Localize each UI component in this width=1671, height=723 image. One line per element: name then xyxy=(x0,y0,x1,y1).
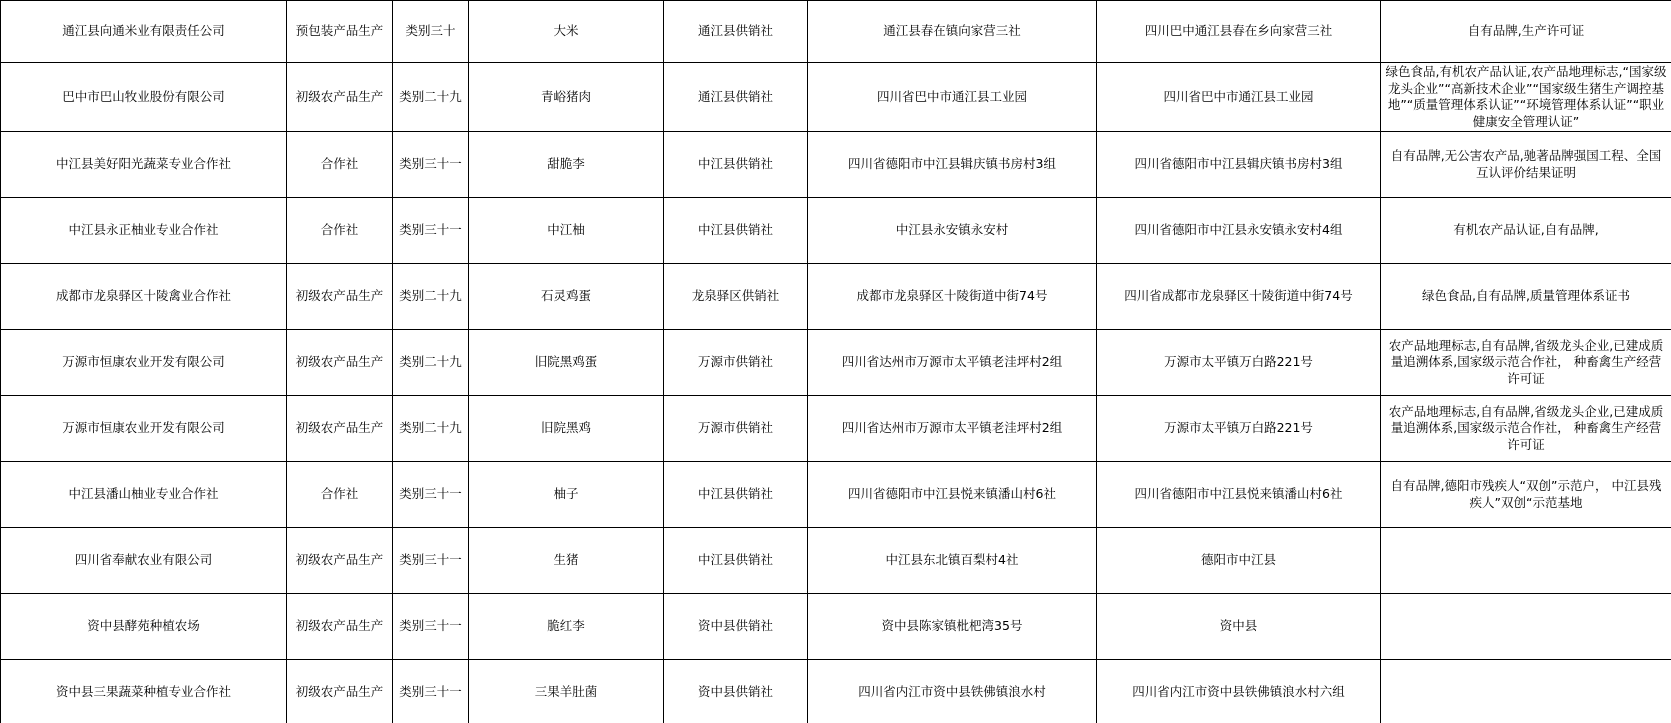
cell-remarks-certifications: 农产品地理标志,自有品牌,省级龙头企业,已建成质量追溯体系,国家级示范合作社， … xyxy=(1381,330,1671,396)
cell-production-type: 初级农产品生产 xyxy=(287,594,393,660)
cell-product-name: 石灵鸡蛋 xyxy=(469,264,664,330)
document-page: 通江县向通米业有限责任公司 预包装产品生产 类别三十 大米 通江县供销社 通江县… xyxy=(0,0,1671,723)
cell-production-type: 初级农产品生产 xyxy=(287,528,393,594)
cell-product-name: 柚子 xyxy=(469,462,664,528)
cell-address-secondary: 万源市太平镇万白路221号 xyxy=(1097,396,1381,462)
cell-category: 类别二十九 xyxy=(393,63,469,132)
cell-company-name: 中江县永正柚业专业合作社 xyxy=(1,198,287,264)
cell-remarks-certifications: 自有品牌,德阳市残疾人“双创”示范户， 中江县残疾人”双创“示范基地 xyxy=(1381,462,1671,528)
cell-remarks-certifications xyxy=(1381,528,1671,594)
cell-production-type: 合作社 xyxy=(287,462,393,528)
cell-address-secondary: 德阳市中江县 xyxy=(1097,528,1381,594)
table-row: 资中县酵苑种植农场 初级农产品生产 类别三十一 脆红李 资中县供销社 资中县陈家… xyxy=(1,594,1671,660)
cell-address-secondary: 四川省德阳市中江县永安镇永安村4组 xyxy=(1097,198,1381,264)
table-row: 资中县三果蔬菜种植专业合作社 初级农产品生产 类别三十一 三果羊肚菌 资中县供销… xyxy=(1,660,1671,723)
cell-remarks-certifications xyxy=(1381,594,1671,660)
cell-remarks-certifications: 自有品牌,无公害农产品,驰著品牌强国工程、全国互认评价结果证明 xyxy=(1381,132,1671,198)
cell-supply-cooperative: 中江县供销社 xyxy=(664,462,808,528)
cell-company-name: 中江县潘山柚业专业合作社 xyxy=(1,462,287,528)
cell-category: 类别三十一 xyxy=(393,198,469,264)
cell-product-name: 三果羊肚菌 xyxy=(469,660,664,723)
table-row: 成都市龙泉驿区十陵禽业合作社 初级农产品生产 类别二十九 石灵鸡蛋 龙泉驿区供销… xyxy=(1,264,1671,330)
cell-production-type: 初级农产品生产 xyxy=(287,396,393,462)
cell-remarks-certifications: 绿色食品,有机农产品认证,农产品地理标志,“国家级龙头企业”“高新技术企业”“国… xyxy=(1381,63,1671,132)
cell-production-type: 初级农产品生产 xyxy=(287,330,393,396)
table-row: 万源市恒康农业开发有限公司 初级农产品生产 类别二十九 旧院黑鸡 万源市供销社 … xyxy=(1,396,1671,462)
cell-supply-cooperative: 中江县供销社 xyxy=(664,198,808,264)
producer-registry-table: 通江县向通米业有限责任公司 预包装产品生产 类别三十 大米 通江县供销社 通江县… xyxy=(0,0,1671,723)
cell-supply-cooperative: 通江县供销社 xyxy=(664,1,808,63)
cell-company-name: 万源市恒康农业开发有限公司 xyxy=(1,330,287,396)
cell-address-secondary: 四川省内江市资中县铁佛镇浪水村六组 xyxy=(1097,660,1381,723)
cell-remarks-certifications: 农产品地理标志,自有品牌,省级龙头企业,已建成质量追溯体系,国家级示范合作社， … xyxy=(1381,396,1671,462)
cell-address-primary: 四川省巴中市通江县工业园 xyxy=(808,63,1097,132)
table-row: 中江县永正柚业专业合作社 合作社 类别三十一 中江柚 中江县供销社 中江县永安镇… xyxy=(1,198,1671,264)
cell-company-name: 万源市恒康农业开发有限公司 xyxy=(1,396,287,462)
table-row: 巴中市巴山牧业股份有限公司 初级农产品生产 类别二十九 青峪猪肉 通江县供销社 … xyxy=(1,63,1671,132)
cell-address-primary: 四川省达州市万源市太平镇老洼坪村2组 xyxy=(808,330,1097,396)
table-body: 通江县向通米业有限责任公司 预包装产品生产 类别三十 大米 通江县供销社 通江县… xyxy=(1,1,1671,723)
cell-remarks-certifications: 绿色食品,自有品牌,质量管理体系证书 xyxy=(1381,264,1671,330)
cell-product-name: 中江柚 xyxy=(469,198,664,264)
cell-production-type: 预包装产品生产 xyxy=(287,1,393,63)
cell-product-name: 生猪 xyxy=(469,528,664,594)
cell-address-secondary: 万源市太平镇万白路221号 xyxy=(1097,330,1381,396)
cell-category: 类别二十九 xyxy=(393,264,469,330)
cell-remarks-certifications xyxy=(1381,660,1671,723)
cell-category: 类别三十一 xyxy=(393,594,469,660)
cell-address-secondary: 四川省德阳市中江县辑庆镇书房村3组 xyxy=(1097,132,1381,198)
cell-category: 类别三十一 xyxy=(393,462,469,528)
cell-remarks-certifications: 有机农产品认证,自有品牌, xyxy=(1381,198,1671,264)
table-row: 四川省奉献农业有限公司 初级农产品生产 类别三十一 生猪 中江县供销社 中江县东… xyxy=(1,528,1671,594)
cell-supply-cooperative: 万源市供销社 xyxy=(664,396,808,462)
cell-address-primary: 四川省德阳市中江县悦来镇潘山村6社 xyxy=(808,462,1097,528)
cell-supply-cooperative: 万源市供销社 xyxy=(664,330,808,396)
cell-supply-cooperative: 资中县供销社 xyxy=(664,660,808,723)
cell-remarks-certifications: 自有品牌,生产许可证 xyxy=(1381,1,1671,63)
cell-address-primary: 资中县陈家镇枇杷湾35号 xyxy=(808,594,1097,660)
cell-product-name: 旧院黑鸡 xyxy=(469,396,664,462)
cell-production-type: 初级农产品生产 xyxy=(287,63,393,132)
table-row: 中江县潘山柚业专业合作社 合作社 类别三十一 柚子 中江县供销社 四川省德阳市中… xyxy=(1,462,1671,528)
table-row: 通江县向通米业有限责任公司 预包装产品生产 类别三十 大米 通江县供销社 通江县… xyxy=(1,1,1671,63)
cell-address-secondary: 四川省德阳市中江县悦来镇潘山村6社 xyxy=(1097,462,1381,528)
cell-category: 类别二十九 xyxy=(393,330,469,396)
cell-address-secondary: 四川省成都市龙泉驿区十陵街道中街74号 xyxy=(1097,264,1381,330)
cell-production-type: 初级农产品生产 xyxy=(287,660,393,723)
cell-supply-cooperative: 通江县供销社 xyxy=(664,63,808,132)
cell-company-name: 资中县三果蔬菜种植专业合作社 xyxy=(1,660,287,723)
cell-production-type: 初级农产品生产 xyxy=(287,264,393,330)
cell-company-name: 巴中市巴山牧业股份有限公司 xyxy=(1,63,287,132)
cell-category: 类别三十一 xyxy=(393,132,469,198)
cell-company-name: 成都市龙泉驿区十陵禽业合作社 xyxy=(1,264,287,330)
cell-address-primary: 成都市龙泉驿区十陵街道中街74号 xyxy=(808,264,1097,330)
cell-category: 类别三十一 xyxy=(393,528,469,594)
cell-category: 类别二十九 xyxy=(393,396,469,462)
cell-production-type: 合作社 xyxy=(287,198,393,264)
cell-company-name: 四川省奉献农业有限公司 xyxy=(1,528,287,594)
cell-address-primary: 四川省德阳市中江县辑庆镇书房村3组 xyxy=(808,132,1097,198)
cell-supply-cooperative: 中江县供销社 xyxy=(664,132,808,198)
cell-category: 类别三十一 xyxy=(393,660,469,723)
cell-product-name: 青峪猪肉 xyxy=(469,63,664,132)
table-row: 中江县美好阳光蔬菜专业合作社 合作社 类别三十一 甜脆李 中江县供销社 四川省德… xyxy=(1,132,1671,198)
cell-product-name: 脆红李 xyxy=(469,594,664,660)
cell-address-secondary: 四川巴中通江县春在乡向家营三社 xyxy=(1097,1,1381,63)
cell-address-primary: 中江县东北镇百梨村4社 xyxy=(808,528,1097,594)
cell-product-name: 甜脆李 xyxy=(469,132,664,198)
cell-company-name: 中江县美好阳光蔬菜专业合作社 xyxy=(1,132,287,198)
cell-address-primary: 通江县春在镇向家营三社 xyxy=(808,1,1097,63)
table-row: 万源市恒康农业开发有限公司 初级农产品生产 类别二十九 旧院黑鸡蛋 万源市供销社… xyxy=(1,330,1671,396)
cell-product-name: 大米 xyxy=(469,1,664,63)
cell-company-name: 通江县向通米业有限责任公司 xyxy=(1,1,287,63)
cell-supply-cooperative: 龙泉驿区供销社 xyxy=(664,264,808,330)
cell-supply-cooperative: 资中县供销社 xyxy=(664,594,808,660)
cell-address-secondary: 四川省巴中市通江县工业园 xyxy=(1097,63,1381,132)
cell-product-name: 旧院黑鸡蛋 xyxy=(469,330,664,396)
cell-address-primary: 四川省达州市万源市太平镇老洼坪村2组 xyxy=(808,396,1097,462)
cell-supply-cooperative: 中江县供销社 xyxy=(664,528,808,594)
cell-address-secondary: 资中县 xyxy=(1097,594,1381,660)
cell-address-primary: 中江县永安镇永安村 xyxy=(808,198,1097,264)
cell-category: 类别三十 xyxy=(393,1,469,63)
cell-production-type: 合作社 xyxy=(287,132,393,198)
cell-company-name: 资中县酵苑种植农场 xyxy=(1,594,287,660)
cell-address-primary: 四川省内江市资中县铁佛镇浪水村 xyxy=(808,660,1097,723)
